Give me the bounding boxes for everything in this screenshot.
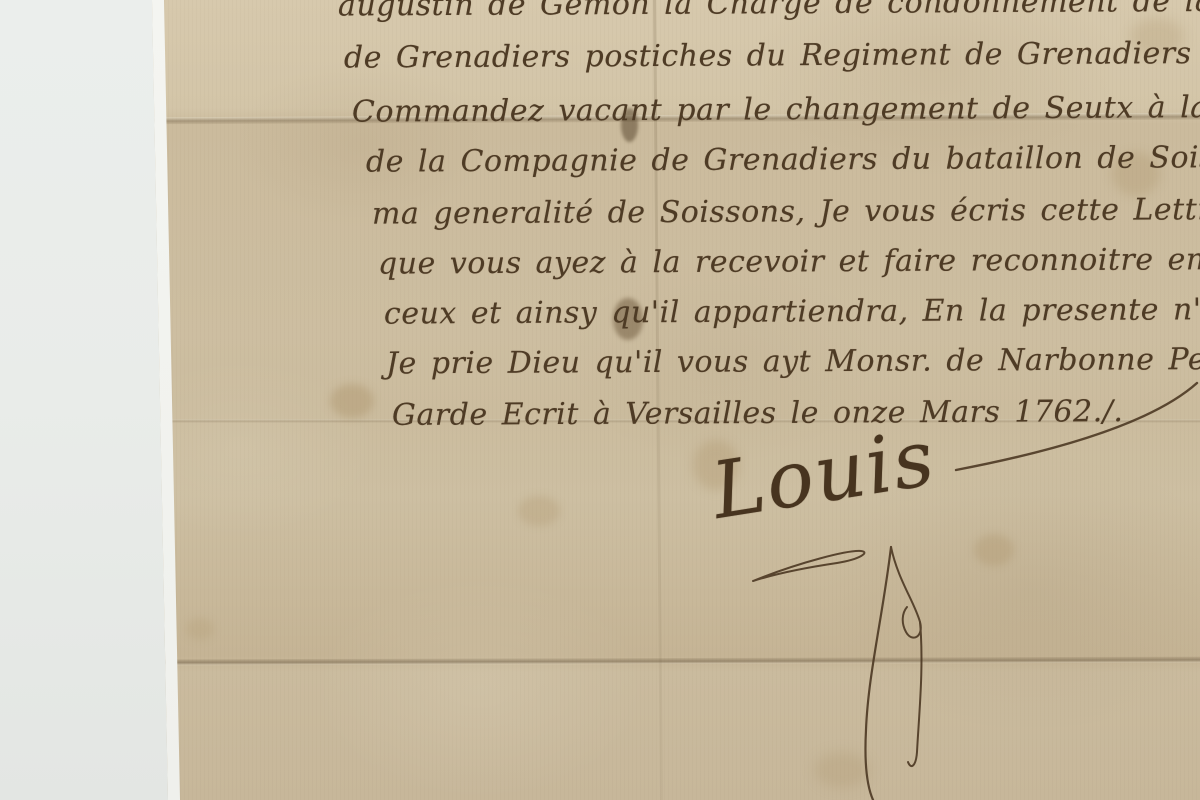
manuscript-line: ceux et ainsy qu'il appartiendra, En la …: [384, 285, 1200, 338]
manuscript-line: de Grenadiers postiches du Regiment de G…: [344, 29, 1200, 82]
manuscript-line: de la Compagnie de Grenadiers du bataill…: [366, 133, 1200, 186]
manuscript-line: ma generalité de Soissons, Je vous écris…: [372, 185, 1200, 238]
manuscript-line: Je prie Dieu qu'il vous ayt Monsr. de Na…: [386, 336, 1200, 389]
manuscript-line: augustin de Gemon la Charge de condonnem…: [338, 0, 1200, 31]
manuscript-line: Commandez vacant par le changement de Se…: [352, 83, 1200, 136]
manuscript-date-line: Garde Ecrit à Versailles le onze Mars 17…: [392, 388, 1124, 440]
manuscript-body: augustin de Gemon la Charge de condonnem…: [0, 0, 1200, 800]
document-photo: augustin de Gemon la Charge de condonnem…: [0, 0, 1200, 800]
manuscript-line: que vous ayez à la recevoir et faire rec…: [378, 235, 1200, 288]
